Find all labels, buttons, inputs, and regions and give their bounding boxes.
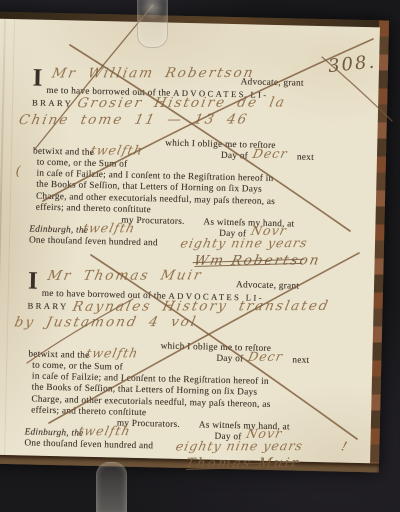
- entry-thomas-muir: I Mr Thomas Muir Advocate, grant me to h…: [18, 268, 352, 475]
- printed-failzie-line4: effeirs; and thereto conſtitute: [36, 202, 151, 215]
- printed-betwixt-label: betwixt and the: [28, 349, 89, 360]
- printed-brary: BRARY: [32, 97, 73, 108]
- due-day-handwritten: twelfth: [89, 142, 144, 157]
- printed-next-label: next: [292, 355, 309, 365]
- printed-edinburgh-label: Edinburgh, the: [29, 224, 88, 235]
- book-title-line1-handwritten: Grosier Histoire de la: [76, 95, 288, 112]
- entry-william-robertson: I Mr William Robertson Advocate, grant m…: [22, 65, 356, 272]
- printed-edinburgh-label: Edinburgh, the: [25, 427, 84, 438]
- book: 308. ( ! I Mr William Robertson Advocate…: [0, 12, 389, 473]
- borrower-name-handwritten: Mr Thomas Muir: [46, 267, 204, 283]
- dropcap-initial: I: [32, 68, 42, 90]
- printed-failzie-line4: effeirs; and thereto conſtitute: [31, 405, 146, 418]
- printed-day-of-due: Day of: [216, 354, 243, 365]
- due-month-handwritten: Decr: [251, 146, 289, 161]
- printed-sum-line: to come, or the Sum of: [37, 158, 128, 170]
- due-day-handwritten: twelfth: [85, 345, 140, 360]
- margin-paren-mark: (: [15, 164, 20, 179]
- printed-day-of-due: Day of: [221, 151, 248, 162]
- gutter-crease-2: [4, 19, 15, 455]
- signed-day-handwritten: twelfth: [77, 423, 132, 438]
- book-title-line2-handwritten: Chine tome 11 — 13 46: [17, 111, 249, 128]
- year-handwritten: eighty nine years: [179, 235, 309, 250]
- printed-next-label: next: [297, 153, 314, 163]
- book-title-line1-handwritten: Raynales History translated: [71, 298, 331, 315]
- register-page: 308. ( ! I Mr William Robertson Advocate…: [0, 19, 380, 464]
- printed-advocate-grant: Advocate, grant: [236, 280, 299, 291]
- signed-day-handwritten: twelfth: [82, 220, 137, 235]
- printed-betwixt-label: betwixt and the: [33, 147, 94, 158]
- printed-brary: BRARY: [27, 300, 68, 311]
- due-month-handwritten: Decr: [247, 349, 285, 364]
- page-holder-strap-top: [137, 0, 168, 48]
- year-handwritten: eighty nine years: [174, 438, 304, 453]
- printed-advocate-grant: Advocate, grant: [241, 77, 304, 88]
- printed-sum-line: to come, or the Sum of: [32, 361, 123, 373]
- printed-year-prefix: One thouſand ſeven hundred and: [24, 438, 153, 451]
- book-title-line2-handwritten: by Justamond 4 vol: [13, 314, 199, 331]
- photo-background: 308. ( ! I Mr William Robertson Advocate…: [0, 0, 400, 512]
- printed-year-prefix: One thouſand ſeven hundred and: [29, 235, 158, 248]
- page-holder-strap-bottom: [96, 462, 127, 512]
- dropcap-initial: I: [28, 270, 38, 292]
- borrower-name-handwritten: Mr William Robertson: [51, 65, 257, 82]
